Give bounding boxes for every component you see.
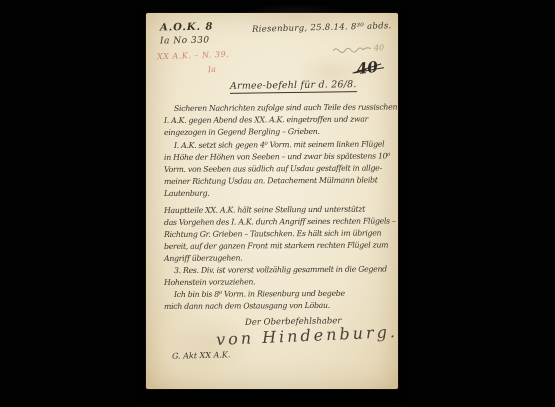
body-line: Hohenstein vorzuziehen. (164, 277, 255, 287)
body-line: meiner Richtung Usdau an. Detachement Mü… (164, 176, 378, 186)
body-line: Hauptteile XX. A.K. hält seine Stellung … (164, 205, 365, 215)
body-line: 3. Res. Div. ist vorerst vollzählig gesa… (174, 265, 387, 275)
archive-note: G. Akt XX A.K. (172, 350, 231, 361)
body-line: I. A.K. gegen Abend des XX. A.K. eingetr… (164, 115, 368, 125)
body-line: in Höhe der Höhen von Seeben – und zwar … (164, 151, 390, 162)
pencil-annotation: 40 (332, 43, 384, 54)
body-line: Ich bin bis 8⁰ Vorm. in Riesenburg und b… (174, 289, 345, 299)
screenshot-root: { "document": { "header": { "unit": "A.O… (0, 0, 555, 407)
body-line: das Vorgehen des I. A.K. durch Angriff s… (164, 216, 396, 227)
body-line: bereit, auf der ganzen Front mit starkem… (164, 240, 388, 251)
unit-designation: A.O.K. 8 (160, 22, 214, 34)
handwritten-document-page: A.O.K. 8 Ia No 330 XX A.K. – N. 39. Ia R… (146, 13, 398, 389)
body-line: Vorm. von Seeben aus südlich auf Usdau g… (164, 163, 382, 174)
pencil-number: 40 (374, 43, 384, 52)
dateline: Riesenburg, 25.8.14. 8³⁰ abds. (252, 21, 392, 35)
signature: von Hindenburg. (216, 322, 399, 349)
red-ia-mark: Ia (208, 65, 217, 75)
body-line: eingezogen in Gegend Bergling – Grieben. (164, 127, 320, 137)
body-line: Lautenburg. (164, 189, 210, 198)
red-registry-note: XX A.K. – N. 39. (157, 50, 229, 62)
document-title: Armee-befehl für d. 26/8. (230, 79, 357, 94)
body-line: mich dann nach dem Ostausgang von Löbau. (164, 301, 330, 311)
reference-number: Ia No 330 (160, 36, 210, 47)
pencil-scribble-icon (332, 44, 372, 53)
body-line: Sicheren Nachrichten zufolge sind auch T… (174, 102, 397, 113)
crossed-page-number: 40 (353, 58, 381, 81)
body-line: Angriff überzugehen. (164, 253, 242, 263)
body-line: I. A.K. setzt sich gegen 4⁰ Vorm. mit se… (174, 140, 384, 150)
body-line: Richtung Gr. Grieben – Tautschken. Es hä… (164, 228, 381, 239)
